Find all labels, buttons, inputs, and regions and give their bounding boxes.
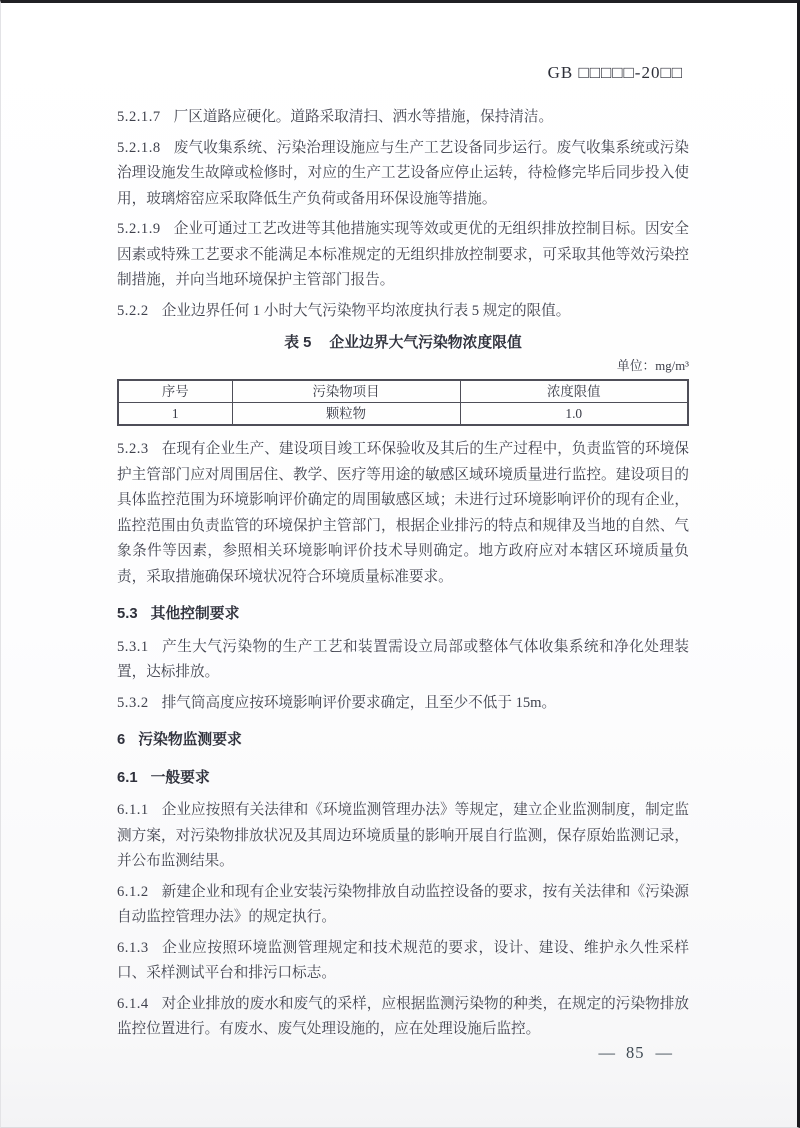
clause-6.1.1: 6.1.1企业应按照有关法律和《环境监测管理办法》等规定，建立企业监测制度，制定… — [117, 798, 689, 875]
clause-5.3.1: 5.3.1产生大气污染物的生产工艺和装置需设立局部或整体气体收集系统和净化处理装… — [117, 635, 689, 686]
clause-6.1.4: 6.1.4对企业排放的废水和废气的采样，应根据监测污染物的种类，在规定的污染物排… — [117, 992, 689, 1043]
clause-text: 厂区道路应硬化。道路采取清扫、洒水等措施，保持清洁。 — [174, 109, 553, 125]
clause-text: 在现有企业生产、建设项目竣工环保验收及其后的生产过程中，负责监管的环境保护主管部… — [117, 441, 689, 585]
clause-number: 5.2.1.9 — [117, 221, 161, 237]
clause-text: 企业应按照有关法律和《环境监测管理办法》等规定，建立企业监测制度，制定监测方案，… — [117, 802, 689, 869]
table5-header-污染物项目: 污染物项目 — [232, 380, 460, 403]
clause-number: 5.2.3 — [117, 441, 149, 457]
standard-code-header: GB □□□□□-20□□ — [548, 63, 683, 83]
document-page: GB □□□□□-20□□ 5.2.1.7厂区道路应硬化。道路采取清扫、洒水等措… — [0, 0, 800, 1128]
heading-number: 6 — [117, 732, 125, 748]
table5-enterprise-boundary-limits: 序号 污染物项目 浓度限值 1 颗粒物 1.0 — [117, 379, 689, 426]
table5-header-序号: 序号 — [118, 380, 232, 403]
clause-5.3.2: 5.3.2排气筒高度应按环境影响评价要求确定，且至少不低于 15m。 — [117, 691, 689, 717]
page-number-dash-right: — — [656, 1043, 673, 1062]
heading-number: 6.1 — [117, 770, 138, 786]
clause-text: 企业应按照环境监测管理规定和技术规范的要求，设计、建设、维护永久性采样口、采样测… — [117, 940, 689, 982]
heading-number: 5.3 — [117, 606, 138, 622]
clause-number: 5.3.2 — [117, 695, 149, 711]
clause-5.2.1.8: 5.2.1.8废气收集系统、污染治理设施应与生产工艺设备同步运行。废气收集系统或… — [117, 136, 689, 213]
clause-5.2.2: 5.2.2企业边界任何 1 小时大气污染物平均浓度执行表 5 规定的限值。 — [117, 299, 689, 325]
clause-5.2.1.7: 5.2.1.7厂区道路应硬化。道路采取清扫、洒水等措施，保持清洁。 — [117, 105, 689, 131]
table5-header-浓度限值: 浓度限值 — [460, 380, 688, 403]
heading-5.3: 5.3其他控制要求 — [117, 602, 689, 628]
clause-number: 6.1.3 — [117, 940, 149, 956]
clause-number: 5.3.1 — [117, 639, 149, 655]
clause-text: 企业可通过工艺改进等其他措施实现等效或更优的无组织排放控制目标。因安全因素或特殊… — [117, 221, 689, 288]
clause-number: 5.2.2 — [117, 303, 149, 319]
table5-unit-label: 单位：mg/m³ — [117, 357, 689, 375]
clause-text: 新建企业和现有企业安装污染物排放自动监控设备的要求，按有关法律和《污染源自动监控… — [117, 884, 689, 926]
clause-text: 废气收集系统、污染治理设施应与生产工艺设备同步运行。废气收集系统或污染治理设施发… — [117, 140, 689, 207]
table5-cell-pollutant: 颗粒物 — [232, 403, 460, 426]
page-number-value: 85 — [626, 1043, 645, 1062]
page-number: —85— — [588, 1043, 684, 1063]
heading-text: 其他控制要求 — [151, 606, 240, 622]
table5-cell-seq: 1 — [118, 403, 232, 426]
clause-number: 6.1.2 — [117, 884, 149, 900]
table5-header-row: 序号 污染物项目 浓度限值 — [118, 380, 688, 403]
clause-number: 6.1.1 — [117, 802, 149, 818]
table5-cell-limit: 1.0 — [460, 403, 688, 426]
clause-6.1.3: 6.1.3企业应按照环境监测管理规定和技术规范的要求，设计、建设、维护永久性采样… — [117, 936, 689, 987]
table5-caption-label: 表 5 — [284, 335, 311, 351]
clause-text: 企业边界任何 1 小时大气污染物平均浓度执行表 5 规定的限值。 — [162, 303, 571, 319]
clause-6.1.2: 6.1.2新建企业和现有企业安装污染物排放自动监控设备的要求，按有关法律和《污染… — [117, 880, 689, 931]
clause-number: 5.2.1.8 — [117, 140, 161, 156]
clause-text: 对企业排放的废水和废气的采样，应根据监测污染物的种类，在规定的污染物排放监控位置… — [117, 996, 689, 1038]
clause-number: 6.1.4 — [117, 996, 149, 1012]
page-content: 5.2.1.7厂区道路应硬化。道路采取清扫、洒水等措施，保持清洁。 5.2.1.… — [117, 105, 689, 1048]
clause-5.2.1.9: 5.2.1.9企业可通过工艺改进等其他措施实现等效或更优的无组织排放控制目标。因… — [117, 217, 689, 294]
clause-text: 产生大气污染物的生产工艺和装置需设立局部或整体气体收集系统和净化处理装置，达标排… — [117, 639, 689, 681]
heading-text: 一般要求 — [151, 770, 210, 786]
heading-6.1: 6.1一般要求 — [117, 766, 689, 792]
clause-text: 排气筒高度应按环境影响评价要求确定，且至少不低于 15m。 — [162, 695, 556, 711]
table-row: 1 颗粒物 1.0 — [118, 403, 688, 426]
clause-5.2.3: 5.2.3在现有企业生产、建设项目竣工环保验收及其后的生产过程中，负责监管的环境… — [117, 437, 689, 590]
heading-6: 6污染物监测要求 — [117, 728, 689, 754]
table5-caption: 表 5企业边界大气污染物浓度限值 — [117, 331, 689, 355]
heading-text: 污染物监测要求 — [138, 732, 242, 748]
table5-caption-title: 企业边界大气污染物浓度限值 — [329, 335, 521, 351]
page-number-dash-left: — — [599, 1043, 616, 1062]
clause-number: 5.2.1.7 — [117, 109, 161, 125]
